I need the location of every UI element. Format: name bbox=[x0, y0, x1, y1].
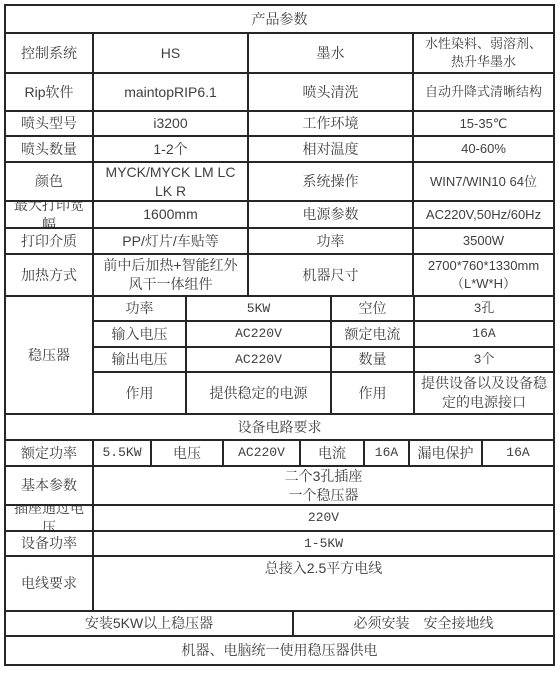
param-value: AC220V bbox=[187, 348, 332, 371]
stabilizer-section: 稳压器 功率 5KW 空位 3孔 输入电压 AC220V 额定电流 16A 输出… bbox=[6, 297, 553, 415]
param-label: 颜色 bbox=[6, 163, 94, 200]
table-row: Rip软件 maintopRIP6.1 喷头清洗 自动升降式清晰结构 bbox=[6, 74, 553, 112]
param-value: maintopRIP6.1 bbox=[94, 74, 249, 110]
param-value: 前中后加热+智能红外风干一体组件 bbox=[94, 255, 249, 295]
param-value: AC220V,50Hz/60Hz bbox=[414, 202, 553, 227]
param-value: 2700*760*1330mm（L*W*H） bbox=[414, 255, 553, 295]
table-footer-row: 机器、电脑统一使用稳压器供电 bbox=[6, 637, 553, 664]
basic-line-1: 二个3孔插座 bbox=[285, 467, 363, 486]
table-row: 颜色 MYCK/MYCK LM LC LK R 系统操作 WIN7/WIN10 … bbox=[6, 163, 553, 202]
param-label: 墨水 bbox=[249, 34, 414, 72]
param-value: AC220V bbox=[224, 441, 301, 465]
param-value: 二个3孔插座 一个稳压器 bbox=[94, 467, 553, 504]
param-label: 设备功率 bbox=[6, 532, 94, 555]
param-value: i3200 bbox=[94, 112, 249, 135]
param-value: 水性染料、弱溶剂、热升华墨水 bbox=[414, 34, 553, 72]
param-value: 16A bbox=[365, 441, 410, 465]
param-label: 空位 bbox=[332, 297, 415, 320]
param-label: 喷头数量 bbox=[6, 137, 94, 161]
param-value: 提供设备以及设备稳定的电源接口 bbox=[415, 373, 553, 413]
table-row: 输出电压 AC220V 数量 3个 bbox=[94, 348, 553, 373]
param-label: 电流 bbox=[301, 441, 365, 465]
table-row: 电线要求 总接入2.5平方电线 bbox=[6, 557, 553, 612]
param-label: 输入电压 bbox=[94, 322, 187, 345]
param-label: 机器尺寸 bbox=[249, 255, 414, 295]
param-value: 提供稳定的电源 bbox=[187, 373, 332, 413]
table-row: 喷头数量 1-2个 相对温度 40-60% bbox=[6, 137, 553, 163]
param-value: AC220V bbox=[187, 322, 332, 345]
param-label: Rip软件 bbox=[6, 74, 94, 110]
param-value: 1-2个 bbox=[94, 137, 249, 161]
param-label: 漏电保护 bbox=[410, 441, 483, 465]
param-label: 最大打印宽幅 bbox=[6, 202, 94, 227]
param-label: 控制系统 bbox=[6, 34, 94, 72]
param-value: 5KW bbox=[187, 297, 332, 320]
param-label: 电线要求 bbox=[6, 557, 94, 610]
param-value: 3500W bbox=[414, 229, 553, 253]
table-row: 喷头型号 i3200 工作环境 15-35℃ bbox=[6, 112, 553, 137]
param-label: 喷头清洗 bbox=[249, 74, 414, 110]
param-label: 额定电流 bbox=[332, 322, 415, 345]
param-value: 5.5KW bbox=[94, 441, 152, 465]
param-label: 输出电压 bbox=[94, 348, 187, 371]
table-row: 基本参数 二个3孔插座 一个稳压器 bbox=[6, 467, 553, 506]
param-label: 额定功率 bbox=[6, 441, 94, 465]
param-label: 电源参数 bbox=[249, 202, 414, 227]
param-value: PP/灯片/车贴等 bbox=[94, 229, 249, 253]
param-value: 1600mm bbox=[94, 202, 249, 227]
param-value: 220V bbox=[94, 506, 553, 530]
param-label: 作用 bbox=[332, 373, 415, 413]
table-row: 输入电压 AC220V 额定电流 16A bbox=[94, 322, 553, 347]
section-title: 设备电路要求 bbox=[6, 415, 553, 439]
param-label: 电压 bbox=[152, 441, 224, 465]
param-label: 基本参数 bbox=[6, 467, 94, 504]
param-label: 插座通过电压 bbox=[6, 506, 94, 530]
param-label: 数量 bbox=[332, 348, 415, 371]
table-title-row: 产品参数 bbox=[6, 6, 553, 34]
install-note-left: 安装5KW以上稳压器 bbox=[6, 612, 294, 635]
table-row: 额定功率 5.5KW 电压 AC220V 电流 16A 漏电保护 16A bbox=[6, 441, 553, 467]
param-label: 系统操作 bbox=[249, 163, 414, 200]
stabilizer-rows: 功率 5KW 空位 3孔 输入电压 AC220V 额定电流 16A 输出电压 A… bbox=[94, 297, 553, 413]
page-title: 产品参数 bbox=[6, 6, 553, 32]
table-row: 安装5KW以上稳压器 必须安装 安全接地线 bbox=[6, 612, 553, 637]
table-row: 作用 提供稳定的电源 作用 提供设备以及设备稳定的电源接口 bbox=[94, 373, 553, 413]
param-label: 功率 bbox=[94, 297, 187, 320]
param-label: 功率 bbox=[249, 229, 414, 253]
param-value: MYCK/MYCK LM LC LK R bbox=[94, 163, 249, 200]
param-value: 自动升降式清晰结构 bbox=[414, 74, 553, 110]
param-value: 16A bbox=[483, 441, 553, 465]
table-row: 加热方式 前中后加热+智能红外风干一体组件 机器尺寸 2700*760*1330… bbox=[6, 255, 553, 297]
basic-line-2: 一个稳压器 bbox=[289, 486, 359, 505]
param-value: 总接入2.5平方电线 bbox=[94, 557, 553, 610]
table-row: 控制系统 HS 墨水 水性染料、弱溶剂、热升华墨水 bbox=[6, 34, 553, 74]
install-note-right: 必须安装 安全接地线 bbox=[294, 612, 553, 635]
footer-note: 机器、电脑统一使用稳压器供电 bbox=[6, 637, 553, 664]
param-value: 16A bbox=[415, 322, 553, 345]
table-row: 打印介质 PP/灯片/车贴等 功率 3500W bbox=[6, 229, 553, 255]
param-value: 40-60% bbox=[414, 137, 553, 161]
param-value: HS bbox=[94, 34, 249, 72]
param-label: 喷头型号 bbox=[6, 112, 94, 135]
table-row: 设备功率 1-5KW bbox=[6, 532, 553, 557]
param-value: 1-5KW bbox=[94, 532, 553, 555]
table-row: 功率 5KW 空位 3孔 bbox=[94, 297, 553, 322]
param-value: 3个 bbox=[415, 348, 553, 371]
param-label: 作用 bbox=[94, 373, 187, 413]
param-value: 3孔 bbox=[415, 297, 553, 320]
param-value: WIN7/WIN10 64位 bbox=[414, 163, 553, 200]
table-row: 插座通过电压 220V bbox=[6, 506, 553, 532]
param-label: 打印介质 bbox=[6, 229, 94, 253]
circuit-section-title-row: 设备电路要求 bbox=[6, 415, 553, 441]
table-row: 最大打印宽幅 1600mm 电源参数 AC220V,50Hz/60Hz bbox=[6, 202, 553, 229]
product-spec-table: 产品参数 控制系统 HS 墨水 水性染料、弱溶剂、热升华墨水 Rip软件 mai… bbox=[4, 4, 555, 666]
param-label: 工作环境 bbox=[249, 112, 414, 135]
param-label: 相对温度 bbox=[249, 137, 414, 161]
param-label: 加热方式 bbox=[6, 255, 94, 295]
stabilizer-label: 稳压器 bbox=[6, 297, 94, 413]
param-value: 15-35℃ bbox=[414, 112, 553, 135]
